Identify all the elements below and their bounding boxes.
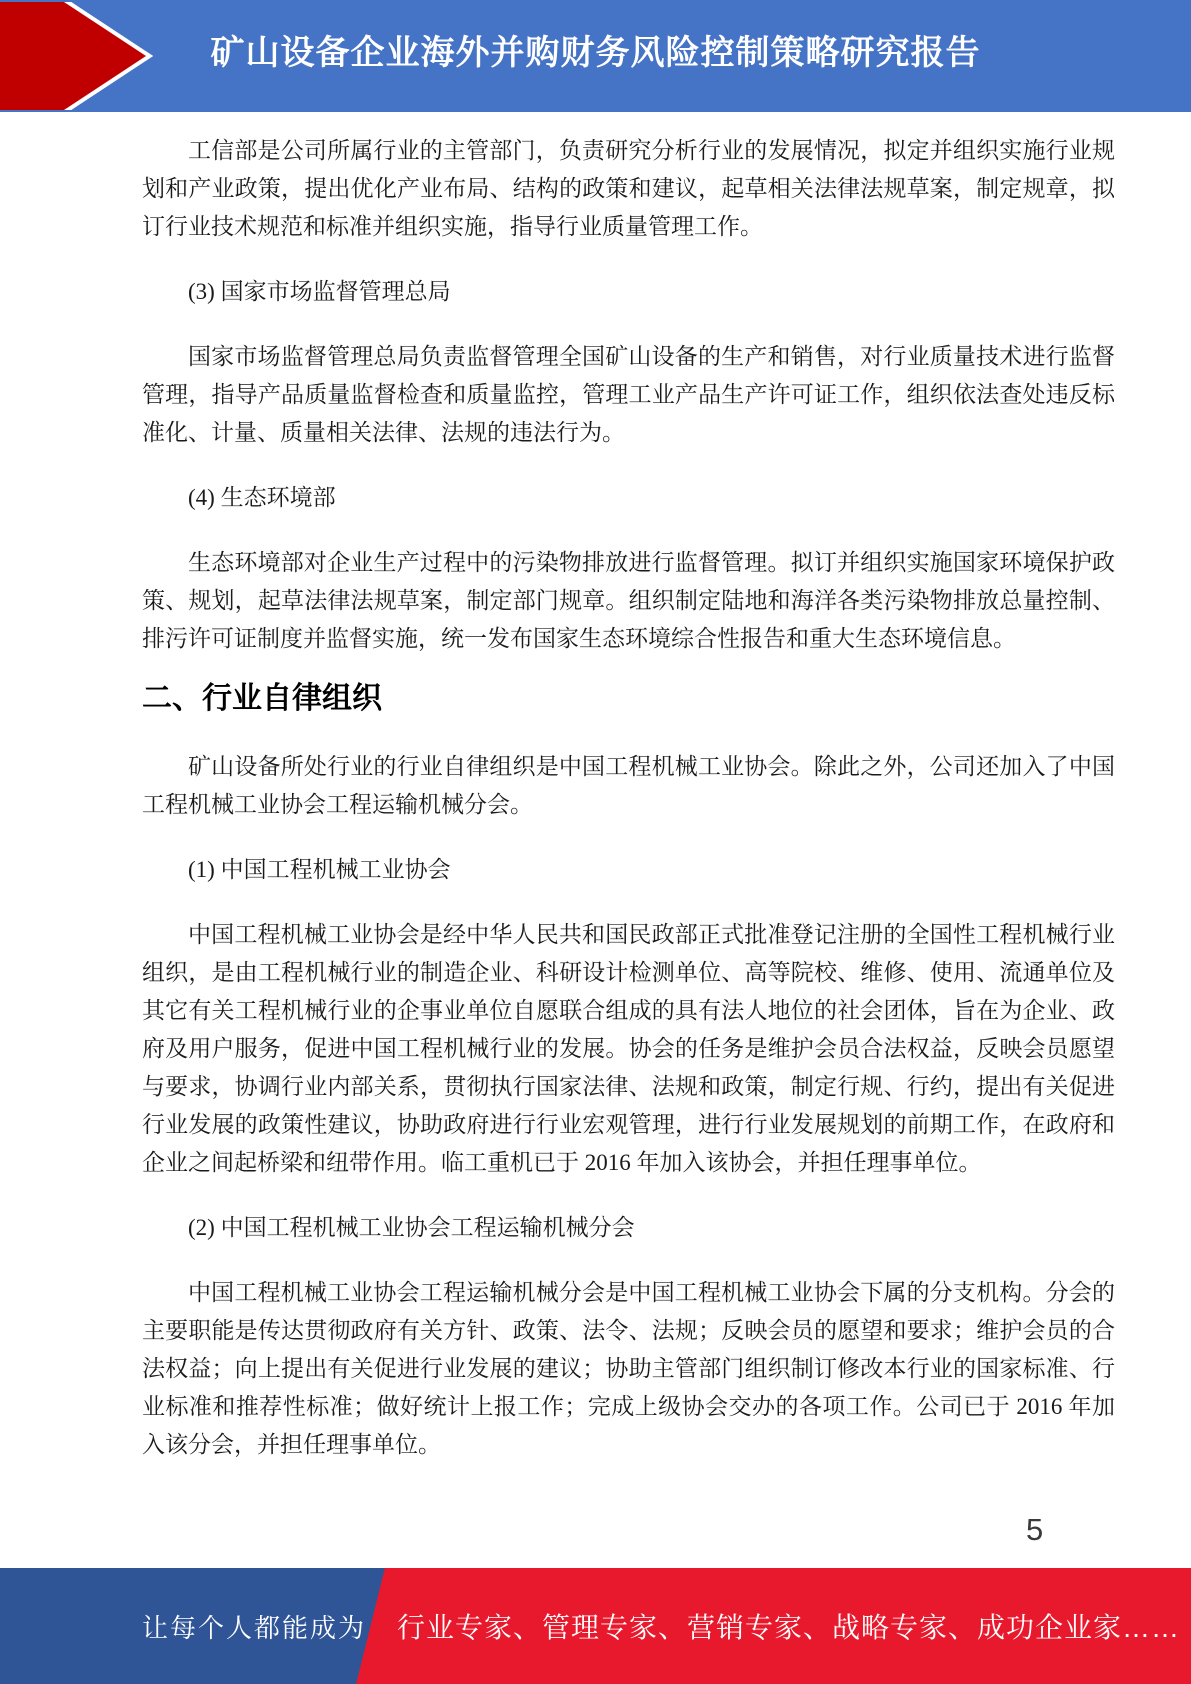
paragraph: 矿山设备所处行业的行业自律组织是中国工程机械工业协会。除此之外，公司还加入了中国… xyxy=(142,748,1115,824)
footer-slogan-left: 让每个人都能成为 xyxy=(142,1568,366,1684)
document-body: 工信部是公司所属行业的主管部门，负责研究分析行业的发展情况，拟定并组织实施行业规… xyxy=(142,112,1115,1491)
paragraph: 工信部是公司所属行业的主管部门，负责研究分析行业的发展情况，拟定并组织实施行业规… xyxy=(142,132,1115,246)
report-title: 矿山设备企业海外并购财务风险控制策略研究报告 xyxy=(211,25,981,74)
paragraph: 国家市场监督管理总局负责监督管理全国矿山设备的生产和销售，对行业质量技术进行监督… xyxy=(142,338,1115,452)
sub-item-heading: (2) 中国工程机械工业协会工程运输机械分会 xyxy=(142,1209,1115,1247)
paragraph: 中国工程机械工业协会工程运输机械分会是中国工程机械工业协会下属的分支机构。分会的… xyxy=(142,1274,1115,1464)
sub-item-heading: (4) 生态环境部 xyxy=(142,479,1115,517)
paragraph: 生态环境部对企业生产过程中的污染物排放进行监督管理。拟订并组织实施国家环境保护政… xyxy=(142,544,1115,658)
red-arrow-icon xyxy=(0,2,156,110)
section-heading: 二、行业自律组织 xyxy=(142,677,1115,721)
footer-slogan-right: 行业专家、管理专家、营销专家、战略专家、成功企业家…… xyxy=(397,1568,1180,1684)
sub-item-heading: (1) 中国工程机械工业协会 xyxy=(142,851,1115,889)
report-header: 矿山设备企业海外并购财务风险控制策略研究报告 xyxy=(0,0,1191,112)
page-number: 5 xyxy=(1026,1512,1043,1548)
paragraph: 中国工程机械工业协会是经中华人民共和国民政部正式批准登记注册的全国性工程机械行业… xyxy=(142,916,1115,1182)
report-page: { "header": { "title": "矿山设备企业海外并购财务风险控制… xyxy=(0,0,1191,1684)
footer-banner: 让每个人都能成为 行业专家、管理专家、营销专家、战略专家、成功企业家…… xyxy=(0,1568,1191,1684)
sub-item-heading: (3) 国家市场监督管理总局 xyxy=(142,273,1115,311)
